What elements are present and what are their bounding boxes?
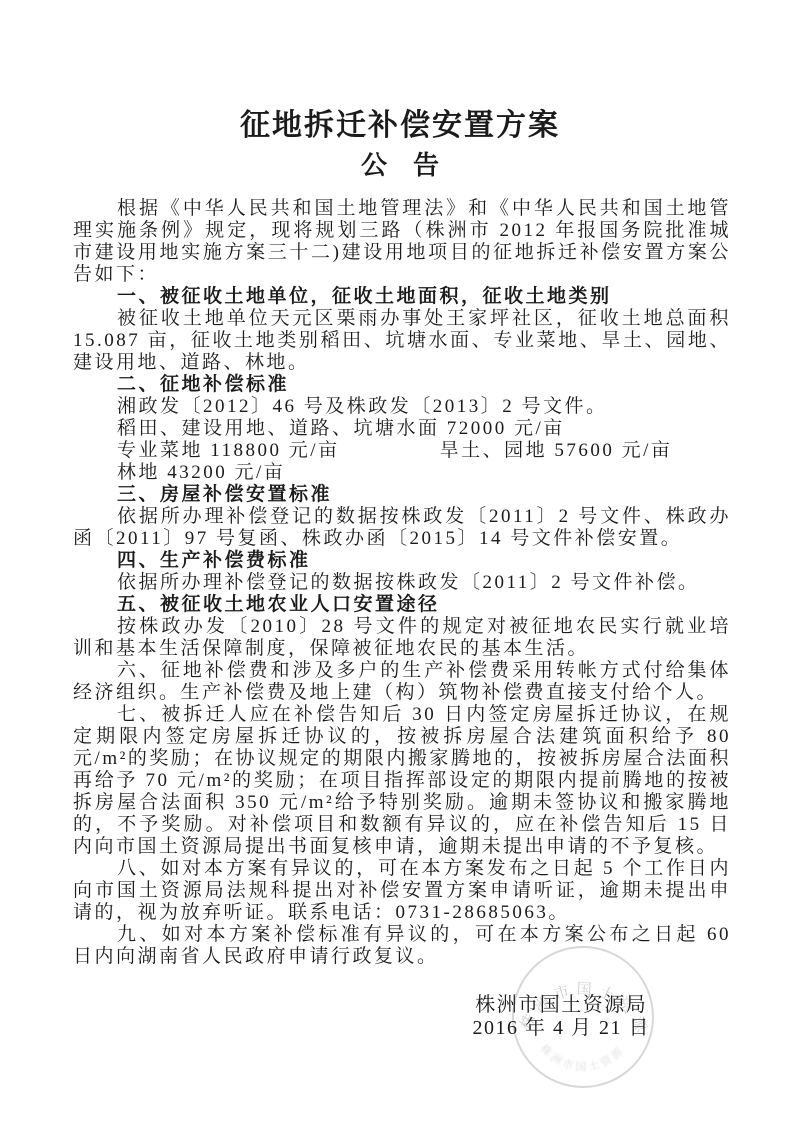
intro-paragraph: 根据《中华人民共和国土地管理法》和《中华人民共和国土地管理实施条例》规定，现将规… [73, 198, 731, 286]
section-4-body: 依据所办理补偿登记的数据按株政发〔2011〕2 号文件补偿。 [73, 572, 731, 594]
document-page: 征地拆迁补偿安置方案 公 告 根据《中华人民共和国土地管理法》和《中华人民共和国… [0, 0, 800, 1129]
clause-6-paragraph: 六、征地补偿费和涉及多户的生产补偿费采用转帐方式付给集体经济组织。生产补偿费及地… [73, 660, 731, 704]
section-3-body: 依据所办理补偿登记的数据按株政发〔2011〕2 号文件、株政办函〔2011〕97… [73, 506, 731, 550]
signature-block: 株洲市国土资源局 2016 年 4 月 21 日 [473, 994, 651, 1040]
document-body: 根据《中华人民共和国土地管理法》和《中华人民共和国土地管理实施条例》规定，现将规… [73, 198, 731, 968]
clause-7-paragraph: 七、被拆迁人应在补偿告知后 30 日内签定房屋拆迁协议，在规定期限内签定房屋拆迁… [73, 704, 731, 858]
section-2-documents: 湘政发〔2012〕46 号及株政发〔2013〕2 号文件。 [73, 396, 731, 418]
rate-vegetable: 专业菜地 118800 元/亩 [117, 440, 340, 461]
rate-two-column-line: 专业菜地 118800 元/亩旱土、园地 57600 元/亩 [73, 440, 731, 462]
section-2-heading: 二、征地补偿标准 [73, 374, 731, 396]
section-5-body: 按株政办发〔2010〕28 号文件的规定对被征地农民实行就业培训和基本生活保障制… [73, 616, 731, 660]
clause-8-paragraph: 八、如对本方案有异议的，可在本方案发布之日起 5 个工作日内向市国土资源局法规科… [73, 858, 731, 924]
section-5-heading: 五、被征收土地农业人口安置途径 [73, 594, 731, 616]
section-1-heading: 一、被征收土地单位，征收土地面积，征收土地类别 [73, 286, 731, 308]
rate-paddy-line: 稻田、建设用地、道路、坑塘水面 72000 元/亩 [73, 418, 731, 440]
signature-date: 2016 年 4 月 21 日 [473, 1017, 651, 1040]
document-subtitle: 公 告 [0, 145, 800, 182]
rate-dryland-garden: 旱土、园地 57600 元/亩 [440, 440, 673, 461]
section-3-heading: 三、房屋补偿安置标准 [73, 484, 731, 506]
document-title: 征地拆迁补偿安置方案 [0, 100, 800, 144]
section-4-heading: 四、生产补偿费标准 [73, 550, 731, 572]
signature-organization: 株洲市国土资源局 [473, 994, 651, 1017]
section-1-body: 被征收土地单位天元区栗雨办事处王家坪社区，征收土地总面积15.087 亩，征收土… [73, 308, 731, 374]
rate-forest-line: 林地 43200 元/亩 [73, 462, 731, 484]
